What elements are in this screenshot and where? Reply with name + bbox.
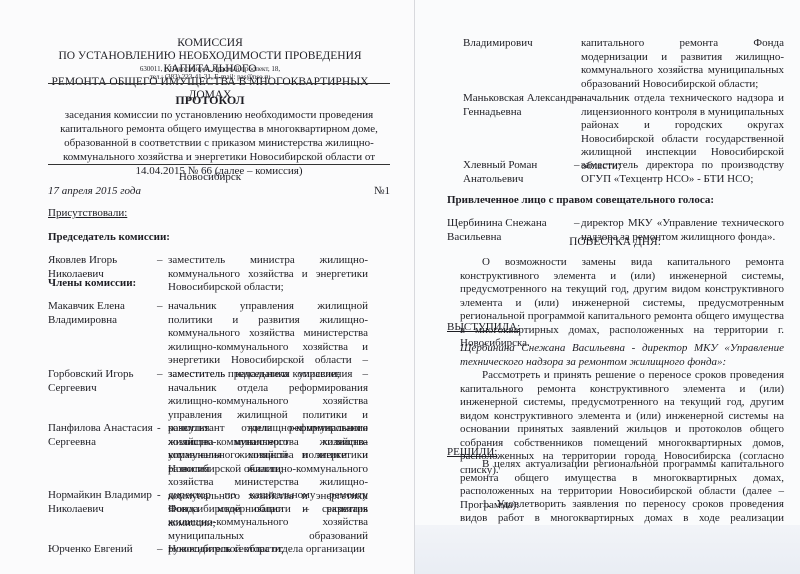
member-name: Макавчик Елена Владимировна [48, 300, 158, 327]
speaker-label: ВЫСТУПИЛА: [447, 321, 520, 334]
dash: – [157, 254, 167, 268]
member-name: Горбовский Игорь Сергеевич [48, 368, 158, 395]
dash: – [157, 368, 167, 382]
document-page-left: КОМИССИЯ ПО УСТАНОВЛЕНИЮ НЕОБХОДИМОСТИ П… [0, 0, 415, 574]
protocol-number: №1 [350, 185, 390, 198]
member-name: Владимирович [463, 37, 583, 51]
protocol-subtitle: заседания комиссии по установлению необх… [48, 108, 390, 178]
address-list-item: - г. Новосибирск, ул. Театральная, 35/1 … [482, 538, 800, 552]
address-list-item: - г. Новосибирск, ул. Бетонная, 7 (голос… [482, 552, 787, 566]
member-name: Юрченко Евгений [48, 543, 158, 557]
meeting-date: 17 апреля 2015 года [48, 185, 141, 198]
agenda-label: ПОВЕСТКА ДНЯ: [445, 236, 785, 249]
contacts: тел.: (383) 223-41-31, E-mail: pas@nso.r… [40, 73, 380, 81]
member-name: Маньковская Александра Геннадьевна [463, 92, 583, 119]
dash: – [157, 300, 167, 314]
address: 630011, г. Новосибирск, Красный проспект… [40, 65, 380, 73]
member-name: Панфилова Анастасия Сергеевна [48, 422, 158, 449]
header-divider [48, 83, 390, 84]
member-position: капитального ремонта Фонда модернизации … [581, 37, 784, 91]
decision-item-1: 1. Удовлетворить заявления по переносу с… [460, 498, 784, 539]
dash: – [157, 543, 167, 557]
dash: - [157, 422, 167, 436]
org-line-1: КОМИССИЯ [40, 37, 380, 50]
protocol-title: ПРОТОКОЛ [40, 93, 380, 108]
subtitle-divider [48, 164, 390, 165]
speaker: Щербинина Снежана Васильевна - директор … [460, 342, 784, 369]
member-name: Хлевный Роман Анатольевич [463, 159, 583, 186]
member-position: заместитель директора по производству ОГ… [581, 159, 784, 186]
city: Новосибирск [40, 171, 380, 184]
member-name: Нормайкин Владимир Николаевич [48, 489, 158, 516]
dash: - [157, 489, 167, 503]
commission-contacts: 630011, г. Новосибирск, Красный проспект… [40, 65, 380, 81]
agenda-text: О возможности замены вида капитального р… [460, 256, 784, 351]
chairman-label: Председатель комиссии: [48, 231, 170, 244]
advisory-label: Привлеченное лицо с правом совещательног… [447, 194, 714, 207]
address-list-item: - г. Новосибирск, ул. Учительская, 5а (г… [482, 525, 800, 539]
present-label: Присутствовали: [48, 207, 127, 220]
members-label: Члены комиссии: [48, 277, 136, 290]
document-page-right: Владимирович капитального ремонта Фонда … [415, 0, 800, 574]
member-position: руководитель сектора отдела организации [168, 543, 368, 557]
chairman-position: заместитель министра жилищно-коммунально… [168, 254, 368, 295]
